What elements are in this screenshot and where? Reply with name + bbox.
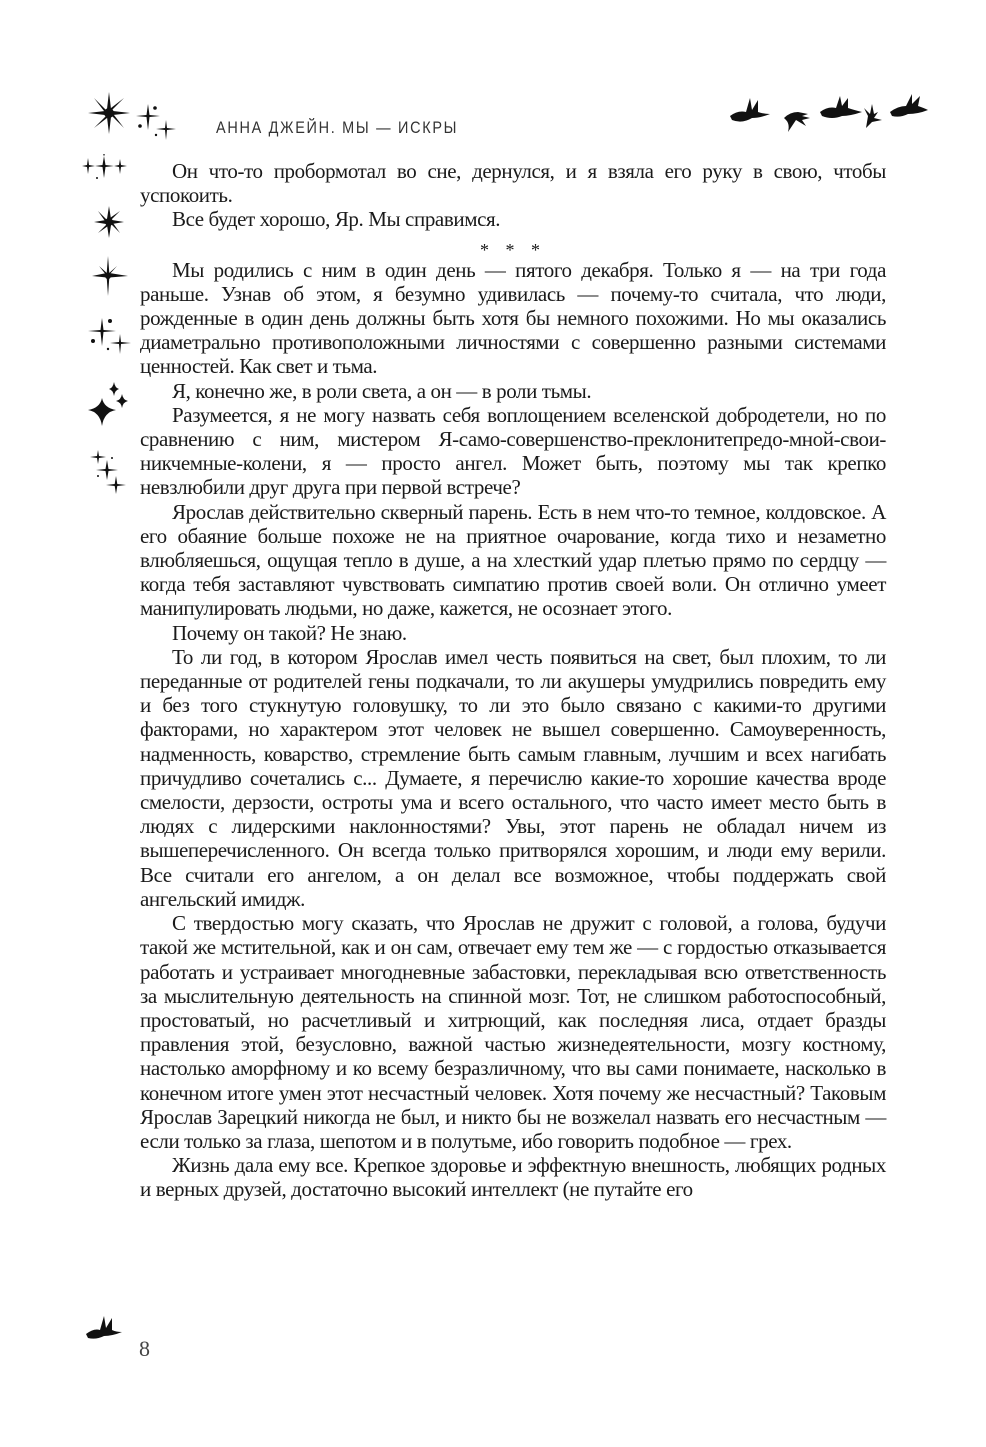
paragraph: Я, конечно же, в роли света, а он — в ро…: [140, 379, 886, 403]
four-point-sparkle-icon: [88, 382, 132, 426]
swallow-birds-decoration: [728, 92, 928, 132]
swallow-icon: [784, 112, 810, 132]
swallow-icon: [820, 96, 862, 118]
paragraph: С твердостью могу сказать, что Ярослав н…: [140, 911, 886, 1153]
sparkles-icon: [88, 316, 132, 354]
running-header-title: АННА ДЖЕЙН. МЫ — ИСКРЫ: [216, 118, 458, 138]
swallow-icon: [86, 1314, 122, 1340]
swallow-icon: [890, 94, 928, 117]
paragraph: Ярослав действительно скверный парень. Е…: [140, 500, 886, 621]
eight-point-star-icon: [88, 92, 130, 134]
sparkles-icon: [136, 104, 178, 142]
paragraph: Он что-то пробормотал во сне, дернулся, …: [140, 159, 886, 207]
swallow-icon: [730, 98, 770, 122]
swallow-icon: [864, 104, 882, 128]
page-number: 8: [139, 1336, 150, 1362]
star-cluster-icon: [82, 154, 128, 184]
paragraph: То ли год, в котором Ярослав имел честь …: [140, 645, 886, 911]
paragraph: Разумеется, я не могу назвать себя вопло…: [140, 403, 886, 500]
paragraph: Мы родились с ним в один день — пятого д…: [140, 258, 886, 379]
sparkles-icon: [90, 450, 128, 494]
paragraph: Жизнь дала ему все. Крепкое здоровье и э…: [140, 1153, 886, 1201]
paragraph: Все будет хорошо, Яр. Мы справимся.: [140, 207, 886, 231]
eight-point-star-icon: [94, 206, 124, 238]
section-break: * * *: [140, 238, 886, 258]
body-text: Он что-то пробормотал во сне, дернулся, …: [140, 159, 886, 1202]
paragraph: Почему он такой? Не знаю.: [140, 621, 886, 645]
book-page: АННА ДЖЕЙН. МЫ — ИСКРЫ: [0, 0, 986, 1447]
thin-star-icon: [92, 256, 128, 296]
